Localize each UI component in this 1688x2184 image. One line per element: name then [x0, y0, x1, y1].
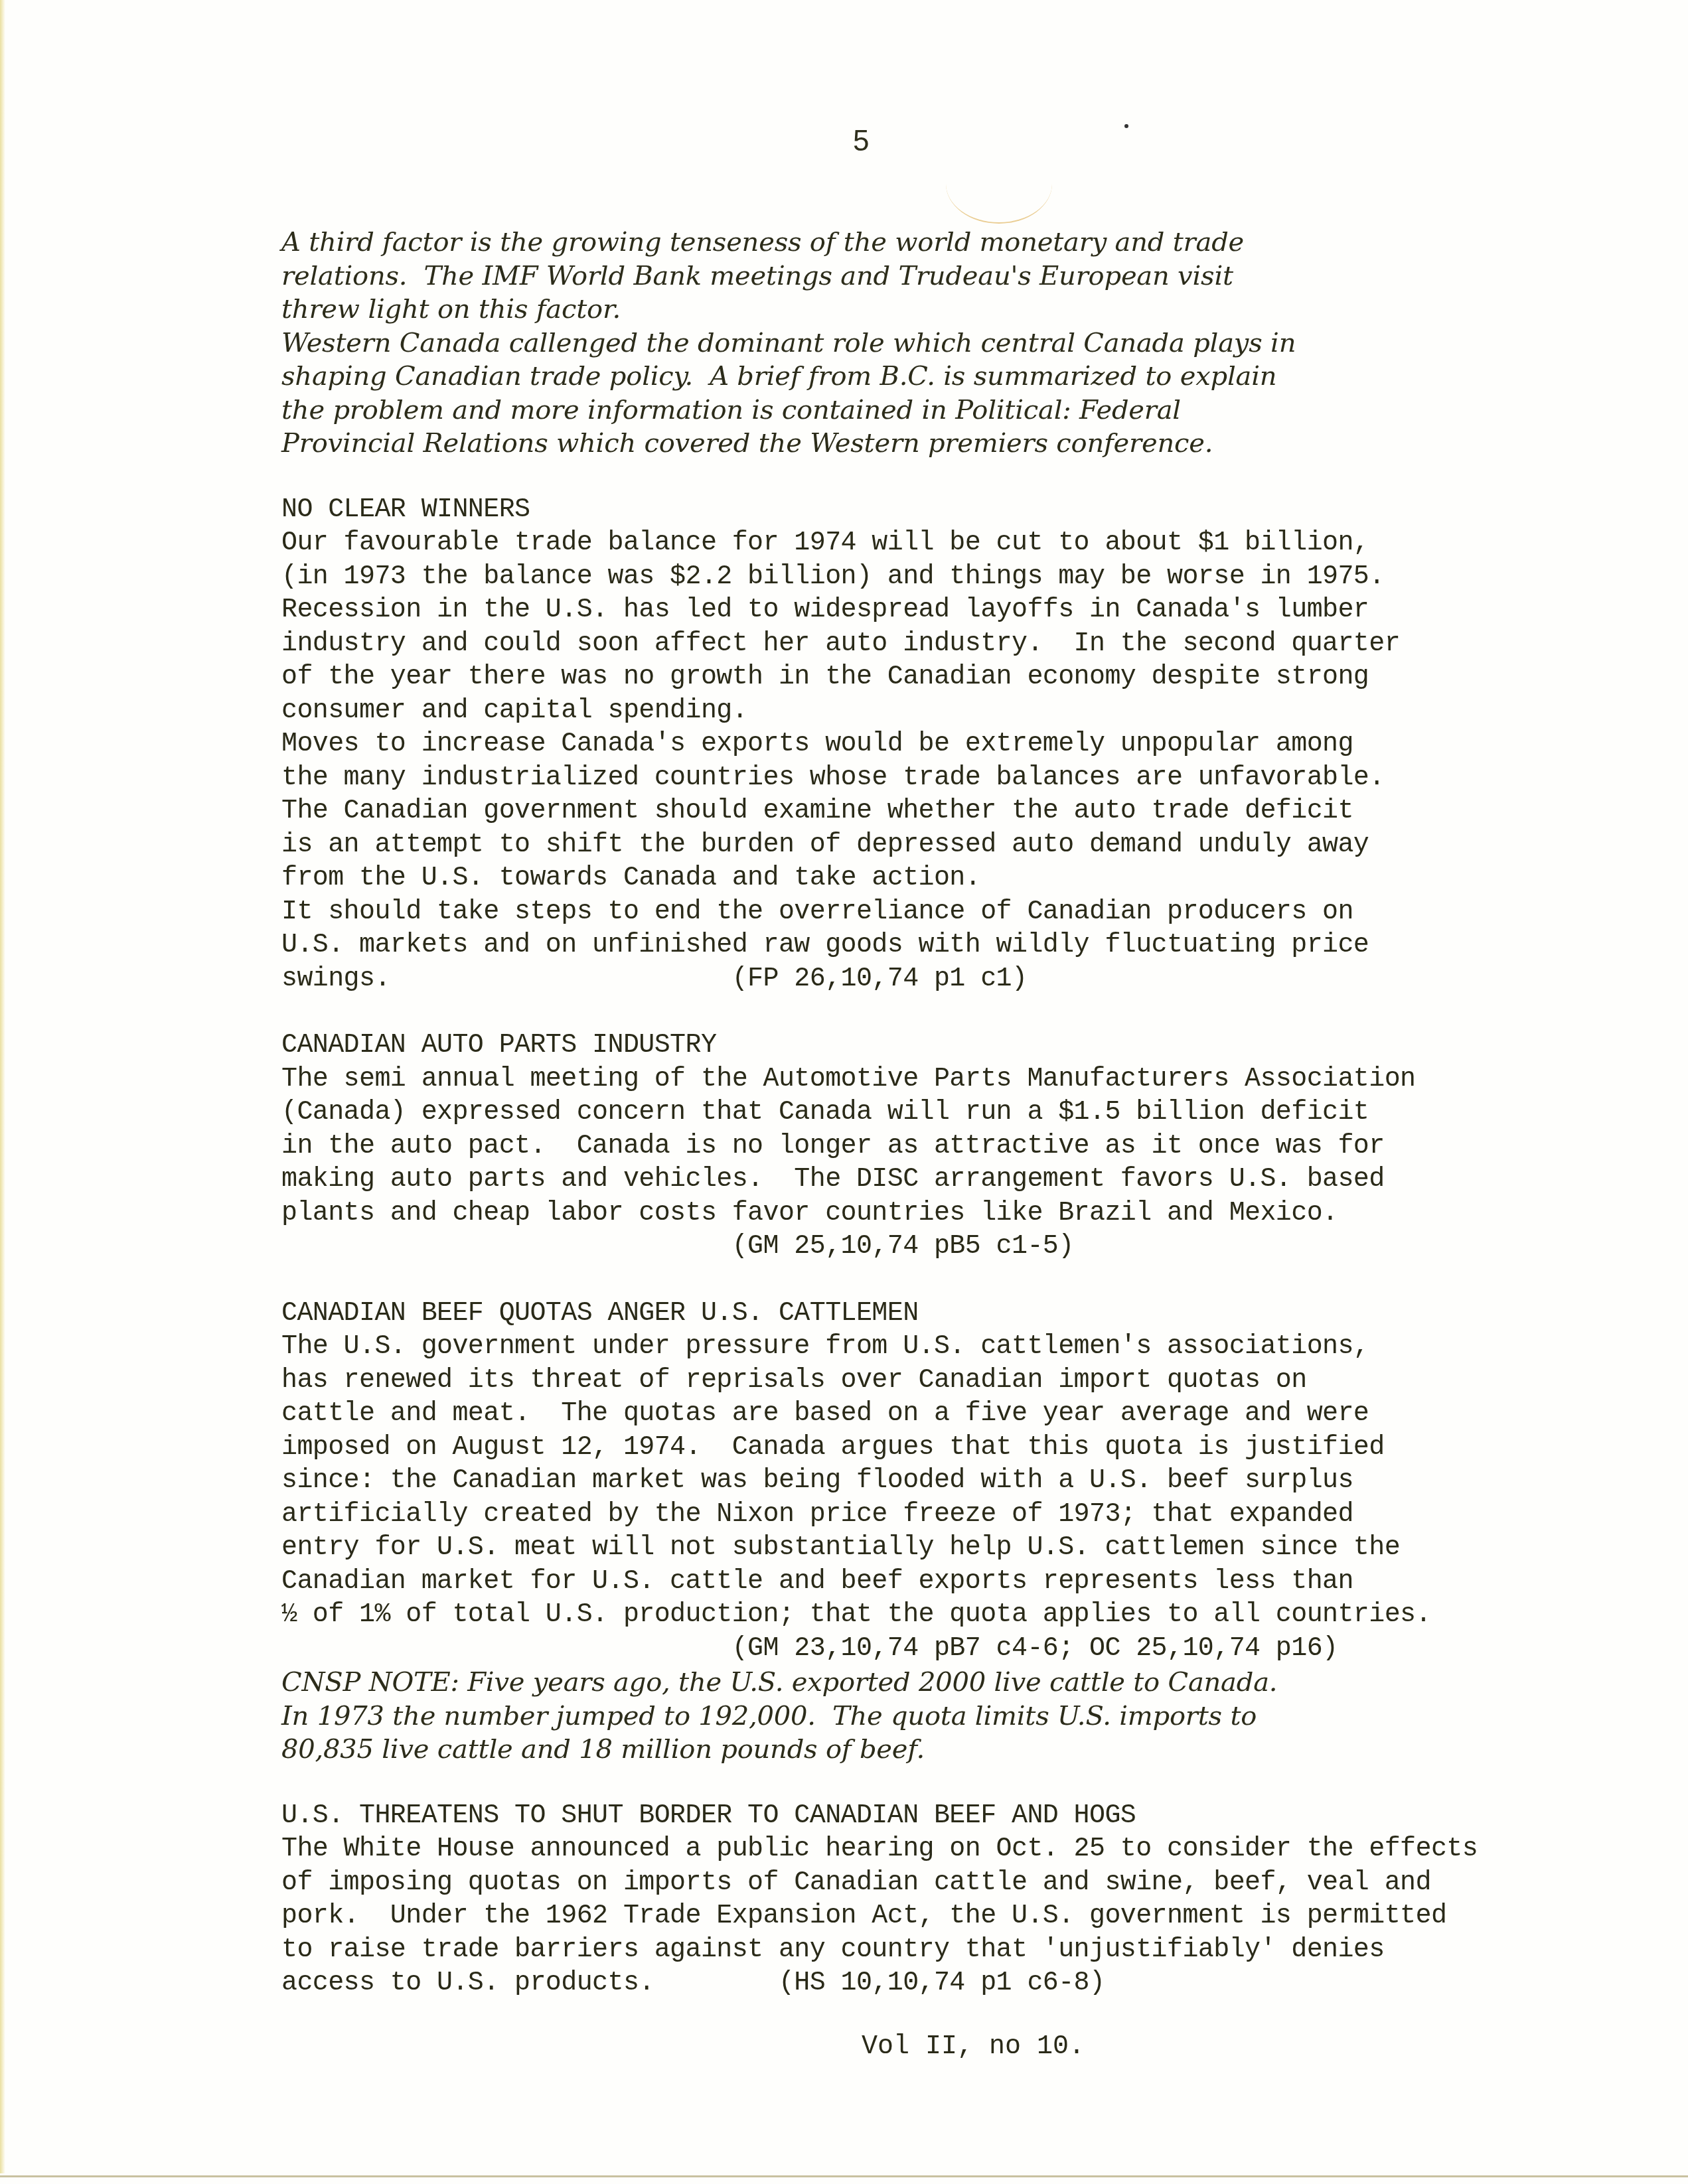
source-citation: (GM 25,10,74 pB5 c1-5) — [281, 1230, 1596, 1264]
intro-line: A third factor is the growing tenseness … — [281, 226, 1596, 259]
body-line-with-citation: swings. (FP 26,10,74 p1 c1) — [281, 963, 1596, 997]
body-line: Canadian market for U.S. cattle and beef… — [281, 1565, 1596, 1599]
document-body: A third factor is the growing tenseness … — [281, 226, 1596, 2034]
section-no-clear-winners: NO CLEAR WINNERS Our favourable trade ba… — [281, 494, 1596, 997]
body-line: from the U.S. towards Canada and take ac… — [281, 862, 1596, 896]
body-line-with-citation: access to U.S. products. (HS 10,10,74 p1… — [281, 1967, 1596, 2001]
paper-left-edge — [0, 0, 5, 2173]
body-line: consumer and capital spending. — [281, 695, 1596, 729]
intro-line: the problem and more information is cont… — [281, 394, 1596, 427]
body-line: cattle and meat. The quotas are based on… — [281, 1398, 1596, 1431]
body-line: The Canadian government should examine w… — [281, 795, 1596, 829]
intro-paragraph: A third factor is the growing tenseness … — [281, 226, 1596, 461]
body-line: making auto parts and vehicles. The DISC… — [281, 1163, 1596, 1197]
body-line: (Canada) expressed concern that Canada w… — [281, 1096, 1596, 1130]
body-line: (in 1973 the balance was $2.2 billion) a… — [281, 561, 1596, 595]
body-line: The White House announced a public heari… — [281, 1833, 1596, 1867]
cnsp-note-line: CNSP NOTE: Five years ago, the U.S. expo… — [281, 1666, 1596, 1700]
volume-footer: Vol II, no 10. — [862, 2032, 1085, 2062]
stray-mark — [1124, 124, 1128, 128]
section-heading: CANADIAN AUTO PARTS INDUSTRY — [281, 1029, 1596, 1063]
section-beef-quotas: CANADIAN BEEF QUOTAS ANGER U.S. CATTLEME… — [281, 1297, 1596, 1767]
body-line: U.S. markets and on unfinished raw goods… — [281, 929, 1596, 963]
section-heading: CANADIAN BEEF QUOTAS ANGER U.S. CATTLEME… — [281, 1297, 1596, 1331]
intro-line: shaping Canadian trade policy. A brief f… — [281, 360, 1596, 394]
body-line: entry for U.S. meat will not substantial… — [281, 1532, 1596, 1565]
body-line: artificially created by the Nixon price … — [281, 1498, 1596, 1532]
intro-line: relations. The IMF World Bank meetings a… — [281, 259, 1596, 293]
body-line: to raise trade barriers against any coun… — [281, 1934, 1596, 1968]
section-heading: NO CLEAR WINNERS — [281, 494, 1596, 528]
body-line: imposed on August 12, 1974. Canada argue… — [281, 1431, 1596, 1465]
body-line: is an attempt to shift the burden of dep… — [281, 829, 1596, 863]
body-line: Our favourable trade balance for 1974 wi… — [281, 527, 1596, 561]
body-line: plants and cheap labor costs favor count… — [281, 1197, 1596, 1231]
body-line: industry and could soon affect her auto … — [281, 628, 1596, 662]
section-border-threat: U.S. THREATENS TO SHUT BORDER TO CANADIA… — [281, 1800, 1596, 2001]
body-line: It should take steps to end the overreli… — [281, 896, 1596, 930]
body-line: The U.S. government under pressure from … — [281, 1331, 1596, 1364]
body-line: since: the Canadian market was being flo… — [281, 1465, 1596, 1498]
body-line: the many industrialized countries whose … — [281, 762, 1596, 796]
source-citation: (GM 23,10,74 pB7 c4-6; OC 25,10,74 p16) — [281, 1633, 1596, 1666]
body-line: Moves to increase Canada's exports would… — [281, 728, 1596, 762]
body-line: of the year there was no growth in the C… — [281, 661, 1596, 695]
body-line: Recession in the U.S. has led to widespr… — [281, 594, 1596, 628]
page-number: 5 — [853, 125, 869, 158]
cnsp-note-line: In 1973 the number jumped to 192,000. Th… — [281, 1700, 1596, 1733]
paper-bottom-edge — [0, 2175, 1688, 2177]
intro-line: Provincial Relations which covered the W… — [281, 427, 1596, 461]
body-line: pork. Under the 1962 Trade Expansion Act… — [281, 1900, 1596, 1934]
body-line: in the auto pact. Canada is no longer as… — [281, 1130, 1596, 1164]
body-line: The semi annual meeting of the Automotiv… — [281, 1063, 1596, 1097]
section-auto-parts: CANADIAN AUTO PARTS INDUSTRY The semi an… — [281, 1029, 1596, 1264]
document-page: 5 A third factor is the growing tensenes… — [0, 0, 1688, 2184]
intro-line: Western Canada callenged the dominant ro… — [281, 327, 1596, 360]
intro-line: threw light on this factor. — [281, 293, 1596, 327]
body-line: has renewed its threat of reprisals over… — [281, 1364, 1596, 1398]
body-line: ½ of 1% of total U.S. production; that t… — [281, 1599, 1596, 1633]
cnsp-note-line: 80,835 live cattle and 18 million pounds… — [281, 1733, 1596, 1767]
stray-pencil-arc — [946, 169, 1052, 224]
section-heading: U.S. THREATENS TO SHUT BORDER TO CANADIA… — [281, 1800, 1596, 1834]
body-line: of imposing quotas on imports of Canadia… — [281, 1867, 1596, 1901]
